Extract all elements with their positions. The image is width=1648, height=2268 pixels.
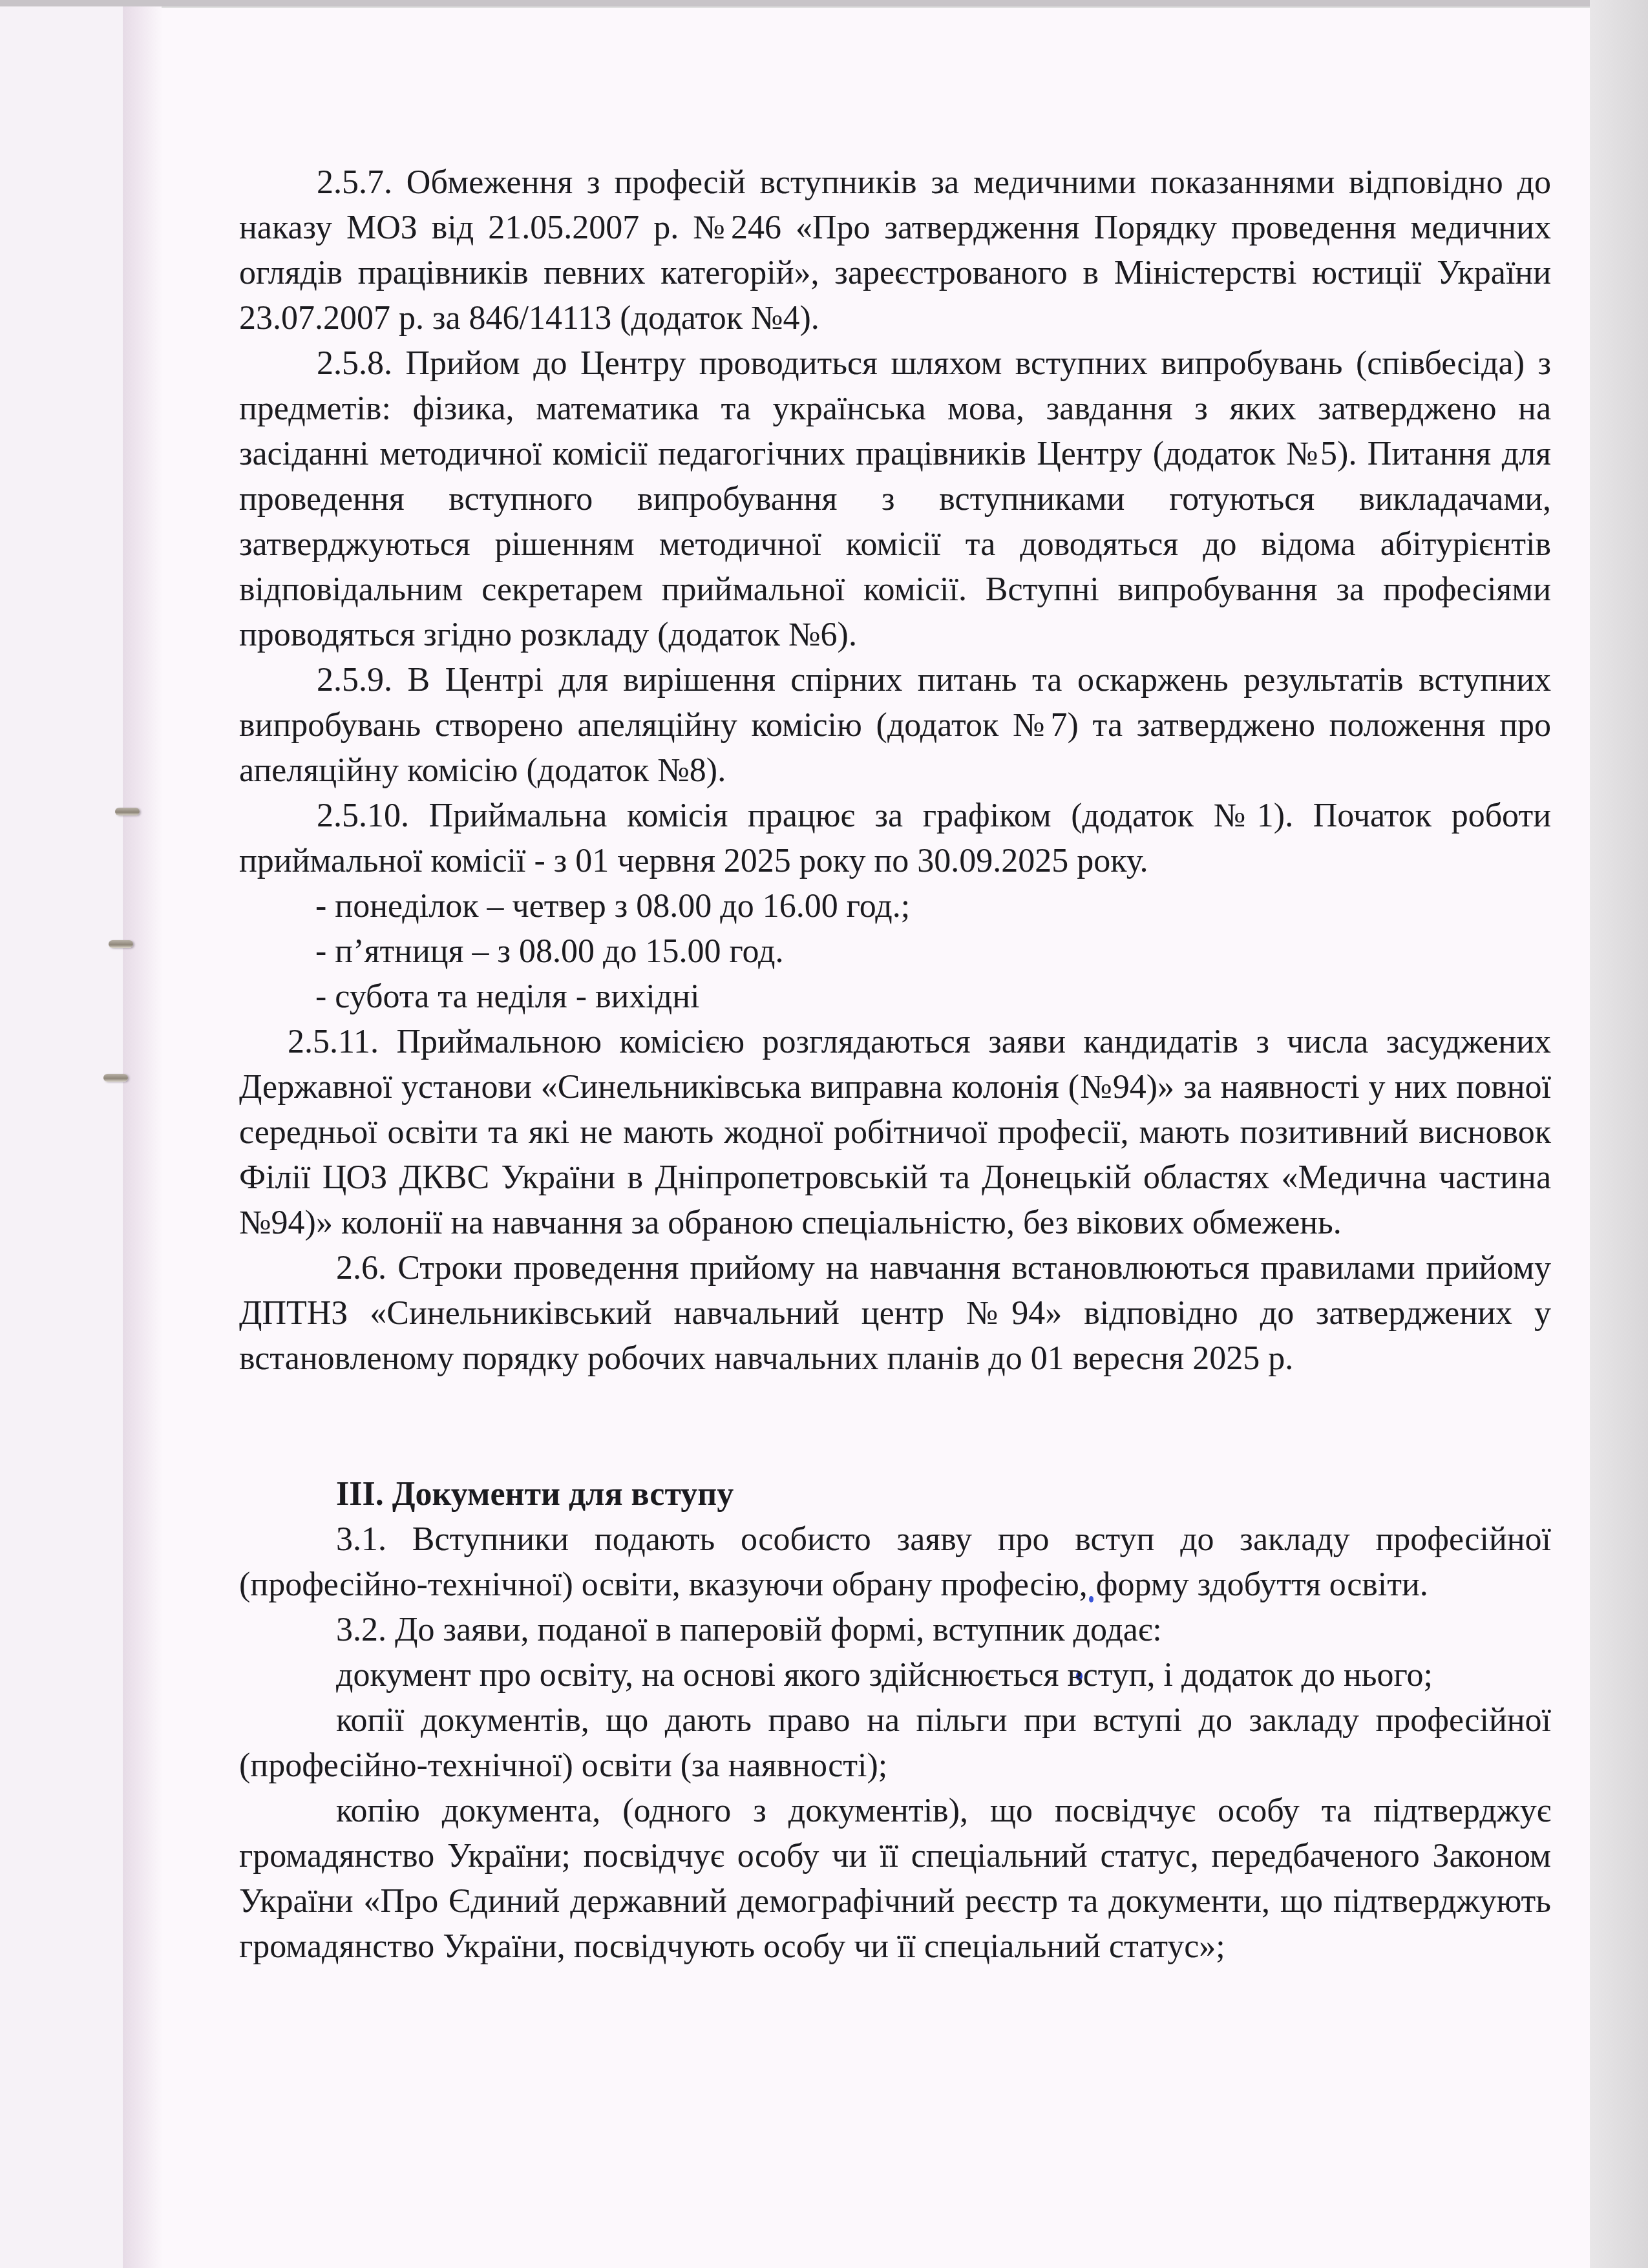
section-heading: ІІІ. Документи для вступу xyxy=(239,1472,1551,1517)
paragraph-2-5-7: 2.5.7. Обмеження з професій вступників з… xyxy=(239,160,1551,341)
underlying-page xyxy=(0,6,129,2268)
schedule-weekend: - субота та неділя - вихідні xyxy=(239,974,1551,1020)
paragraph-3-2: 3.2. До заяви, поданої в паперовій формі… xyxy=(239,1608,1551,1653)
paragraph-2-5-9: 2.5.9. В Центрі для вирішення спірних пи… xyxy=(239,658,1551,793)
scanner-right-edge xyxy=(1590,0,1648,2268)
binding-staple-1 xyxy=(115,808,140,815)
document-item-benefits: копії документів, що дають право на піль… xyxy=(239,1698,1551,1789)
scanner-top-edge xyxy=(0,0,1648,6)
paragraph-2-5-8: 2.5.8. Прийом до Центру проводиться шлях… xyxy=(239,341,1551,658)
paragraph-2-5-10: 2.5.10. Приймальна комісія працює за гра… xyxy=(239,793,1551,884)
paragraph-2-6: 2.6. Строки проведення прийому на навчан… xyxy=(239,1246,1551,1381)
schedule-friday: - п’ятниця – з 08.00 до 15.00 год. xyxy=(239,929,1551,974)
paragraph-3-1: 3.1. Вступники подають особисто заяву пр… xyxy=(239,1517,1551,1608)
document-item-identity: копію документа, (одного з документів), … xyxy=(239,1789,1551,1969)
document-item-education: документ про освіту, на основі якого зді… xyxy=(239,1653,1551,1698)
binding-staple-3 xyxy=(103,1074,128,1082)
binding-gutter-shadow xyxy=(123,6,162,2268)
paragraph-2-5-11: 2.5.11. Приймальною комісією розглядають… xyxy=(239,1020,1551,1246)
schedule-weekdays: - понеділок – четвер з 08.00 до 16.00 го… xyxy=(239,884,1551,929)
document-body: 2.5.7. Обмеження з професій вступників з… xyxy=(239,160,1551,1969)
binding-staple-2 xyxy=(109,940,133,948)
